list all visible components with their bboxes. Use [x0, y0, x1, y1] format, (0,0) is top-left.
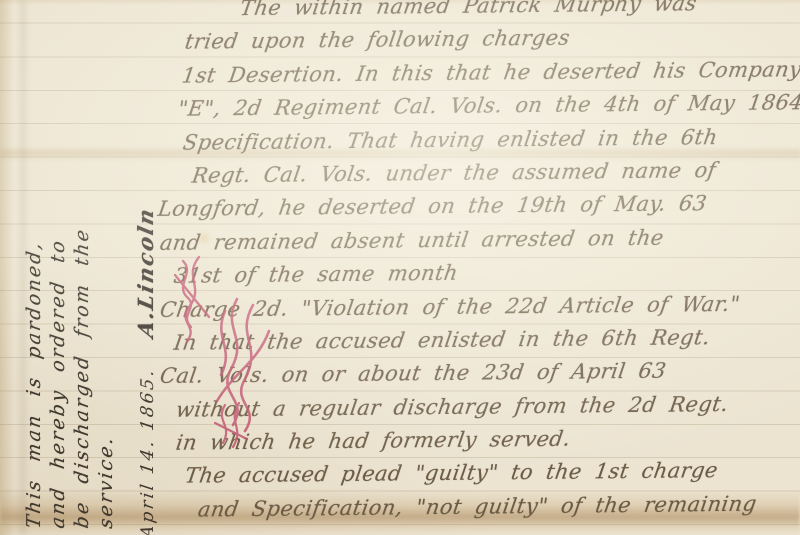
document-page: This man is pardoned, and hereby ordered…: [0, 0, 800, 535]
margin-pardon-note: This man is pardoned, and hereby ordered…: [22, 158, 118, 530]
left-edge-shadow: [0, 0, 14, 535]
margin-note-line: This man is pardoned,: [22, 155, 46, 530]
handwritten-body: The within named Patrick Murphy was trie…: [150, 0, 796, 527]
margin-note-line: and hereby ordered to: [46, 155, 70, 530]
margin-note-line: be discharged from the: [70, 155, 94, 530]
margin-note-line: service.: [94, 155, 118, 530]
handwritten-line: and Specification, "not guilty" of the r…: [148, 487, 799, 527]
